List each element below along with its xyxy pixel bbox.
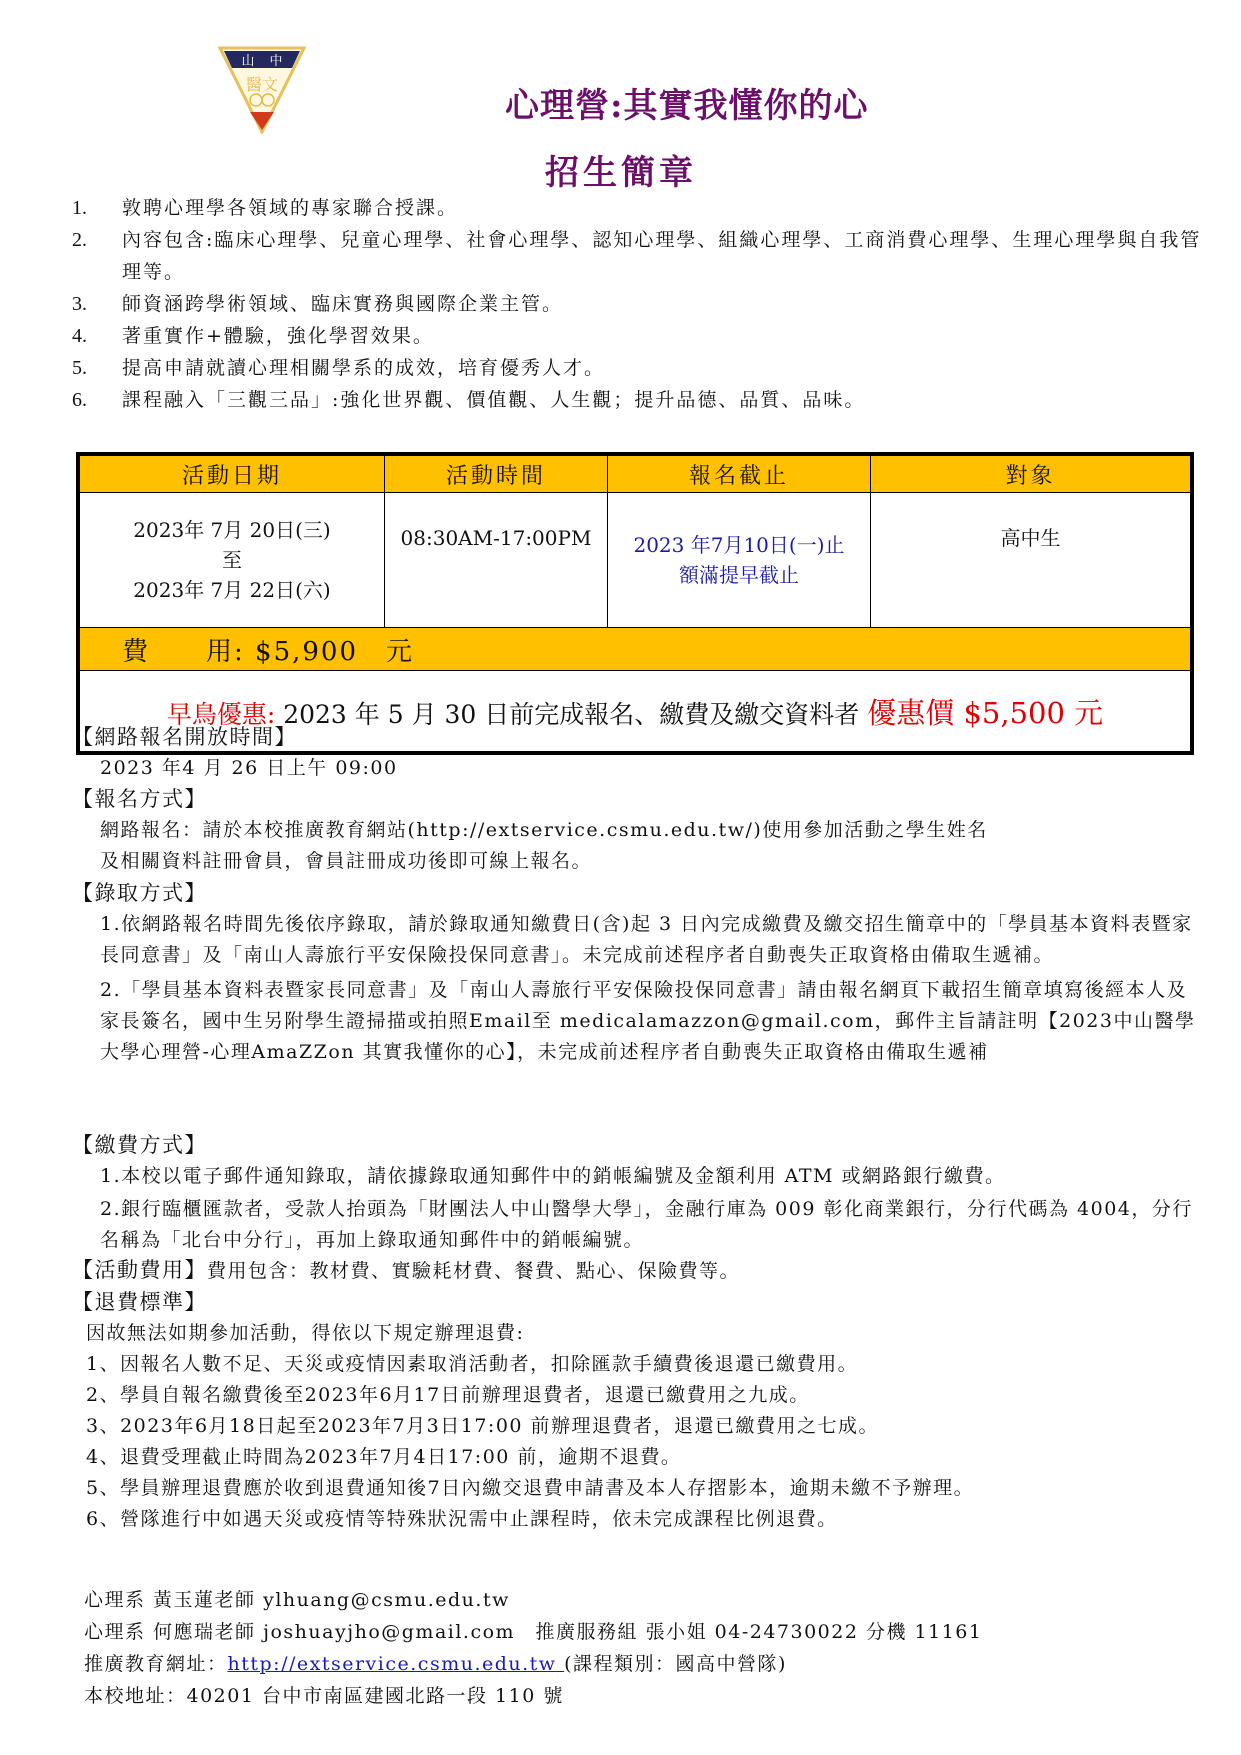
event-info-table: 活動日期 活動時間 報名截止 對象 2023年 7月 20日(三) 至 2023… [76,452,1194,755]
fee-cell: 費 用: $5,900 元 [78,628,1192,671]
header-deadline: 報名截止 [608,454,871,493]
event-time-cell: 08:30AM-17:00PM [385,493,608,628]
svg-text:醫文: 醫文 [246,75,278,94]
list-item: 1.依網路報名時間先後依序錄取，請於錄取通知繳費日(含)起 3 日內完成繳費及繳… [72,909,1202,971]
list-item: 6、營隊進行中如遇天災或疫情等特殊狀況需中止課程時，依未完成課程比例退費。 [72,1504,1202,1535]
contact-line-2: 心理系 何應瑞老師 joshuayjho@gmail.com 推廣服務組 張小姐… [84,1616,1214,1648]
section-heading: 【活動費用】 [72,1258,207,1282]
section-heading: 【繳費方式】 [72,1130,1202,1161]
school-emblem-icon: 山 中 醫文 [218,44,306,134]
section-heading: 【報名方式】 [72,784,1202,815]
svg-text:中: 中 [269,53,282,69]
header-time: 活動時間 [385,454,608,493]
list-item: 4.著重實作+體驗，強化學習效果。 [72,320,1202,352]
website-line: 推廣教育網址：http://extservice.csmu.edu.tw (課程… [84,1648,1214,1680]
list-item: 6.課程融入「三觀三品」:強化世界觀、價值觀、人生觀；提升品德、品質、品味。 [72,384,1202,416]
section-fee-info: 【活動費用】費用包含：教材費、實驗耗材費、餐費、點心、保險費等。 [72,1255,1202,1287]
fee-row: 費 用: $5,900 元 [78,628,1192,671]
header-date: 活動日期 [78,454,385,493]
list-item: 2.「學員基本資料表暨家長同意書」及「南山人壽旅行平安保險投保同意書」請由報名網… [72,975,1202,1068]
section-heading: 【退費標準】 [72,1287,1202,1318]
section-heading: 【網路報名開放時間】 [72,722,1202,753]
list-item: 4、退費受理截止時間為2023年7月4日17:00 前，逾期不退費。 [72,1442,1202,1473]
section-refund: 【退費標準】 因故無法如期參加活動，得依以下規定辦理退費: 1、因報名人數不足、… [72,1287,1202,1535]
section-register: 【報名方式】 網路報名：請於本校推廣教育網站(http://extservice… [72,784,1202,877]
list-item: 3.師資涵跨學術領域、臨床實務與國際企業主管。 [72,288,1202,320]
event-date-cell: 2023年 7月 20日(三) 至 2023年 7月 22日(六) [78,493,385,628]
list-item: 1.敦聘心理學各領域的專家聯合授課。 [72,192,1202,224]
contact-block: 心理系 黃玉蓮老師 ylhuang@csmu.edu.tw 心理系 何應瑞老師 … [84,1584,1214,1712]
table-row: 2023年 7月 20日(三) 至 2023年 7月 22日(六) 08:30A… [78,493,1192,628]
contact-line-1: 心理系 黃玉蓮老師 ylhuang@csmu.edu.tw [84,1584,1214,1616]
list-item: 1、因報名人數不足、天災或疫情因素取消活動者，扣除匯款手續費後退還已繳費用。 [72,1349,1202,1380]
svg-text:山: 山 [241,54,254,69]
section-open-time: 【網路報名開放時間】 2023 年4 月 26 日上午 09:00 [72,722,1202,784]
website-link[interactable]: http://extservice.csmu.edu.tw [228,1653,565,1675]
list-item: 2、學員自報名繳費後至2023年6月17日前辦理退費者，退還已繳費用之九成。 [72,1380,1202,1411]
list-item: 1.本校以電子郵件通知錄取，請依據錄取通知郵件中的銷帳編號及金額利用 ATM 或… [72,1161,1202,1192]
list-item: 2.銀行臨櫃匯款者，受款人抬頭為「財團法人中山醫學大學」，金融行庫為 009 彰… [72,1194,1202,1256]
deadline-cell: 2023 年7月10日(一)止 額滿提早截止 [608,493,871,628]
header-audience: 對象 [871,454,1193,493]
address-line: 本校地址：40201 台中市南區建國北路一段 110 號 [84,1680,1214,1712]
list-item: 5.提高申請就讀心理相關學系的成效，培育優秀人才。 [72,352,1202,384]
page-subtitle: 招生簡章 [545,145,697,194]
audience-cell: 高中生 [871,493,1193,628]
list-item: 3、2023年6月18日起至2023年7月3日17:00 前辦理退費者，退還已繳… [72,1411,1202,1442]
section-payment: 【繳費方式】 1.本校以電子郵件通知錄取，請依據錄取通知郵件中的銷帳編號及金額利… [72,1130,1202,1256]
page-title: 心理營:其實我懂你的心 [505,78,869,127]
table-header-row: 活動日期 活動時間 報名截止 對象 [78,454,1192,493]
section-admission: 【錄取方式】 1.依網路報名時間先後依序錄取，請於錄取通知繳費日(含)起 3 日… [72,878,1202,1068]
list-item: 5、學員辦理退費應於收到退費通知後7日內繳交退費申請書及本人存摺影本，逾期未繳不… [72,1473,1202,1504]
list-item: 2.內容包含:臨床心理學、兒童心理學、社會心理學、認知心理學、組織心理學、工商消… [72,224,1202,288]
section-heading: 【錄取方式】 [72,878,1202,909]
intro-list: 1.敦聘心理學各領域的專家聯合授課。 2.內容包含:臨床心理學、兒童心理學、社會… [72,192,1202,416]
